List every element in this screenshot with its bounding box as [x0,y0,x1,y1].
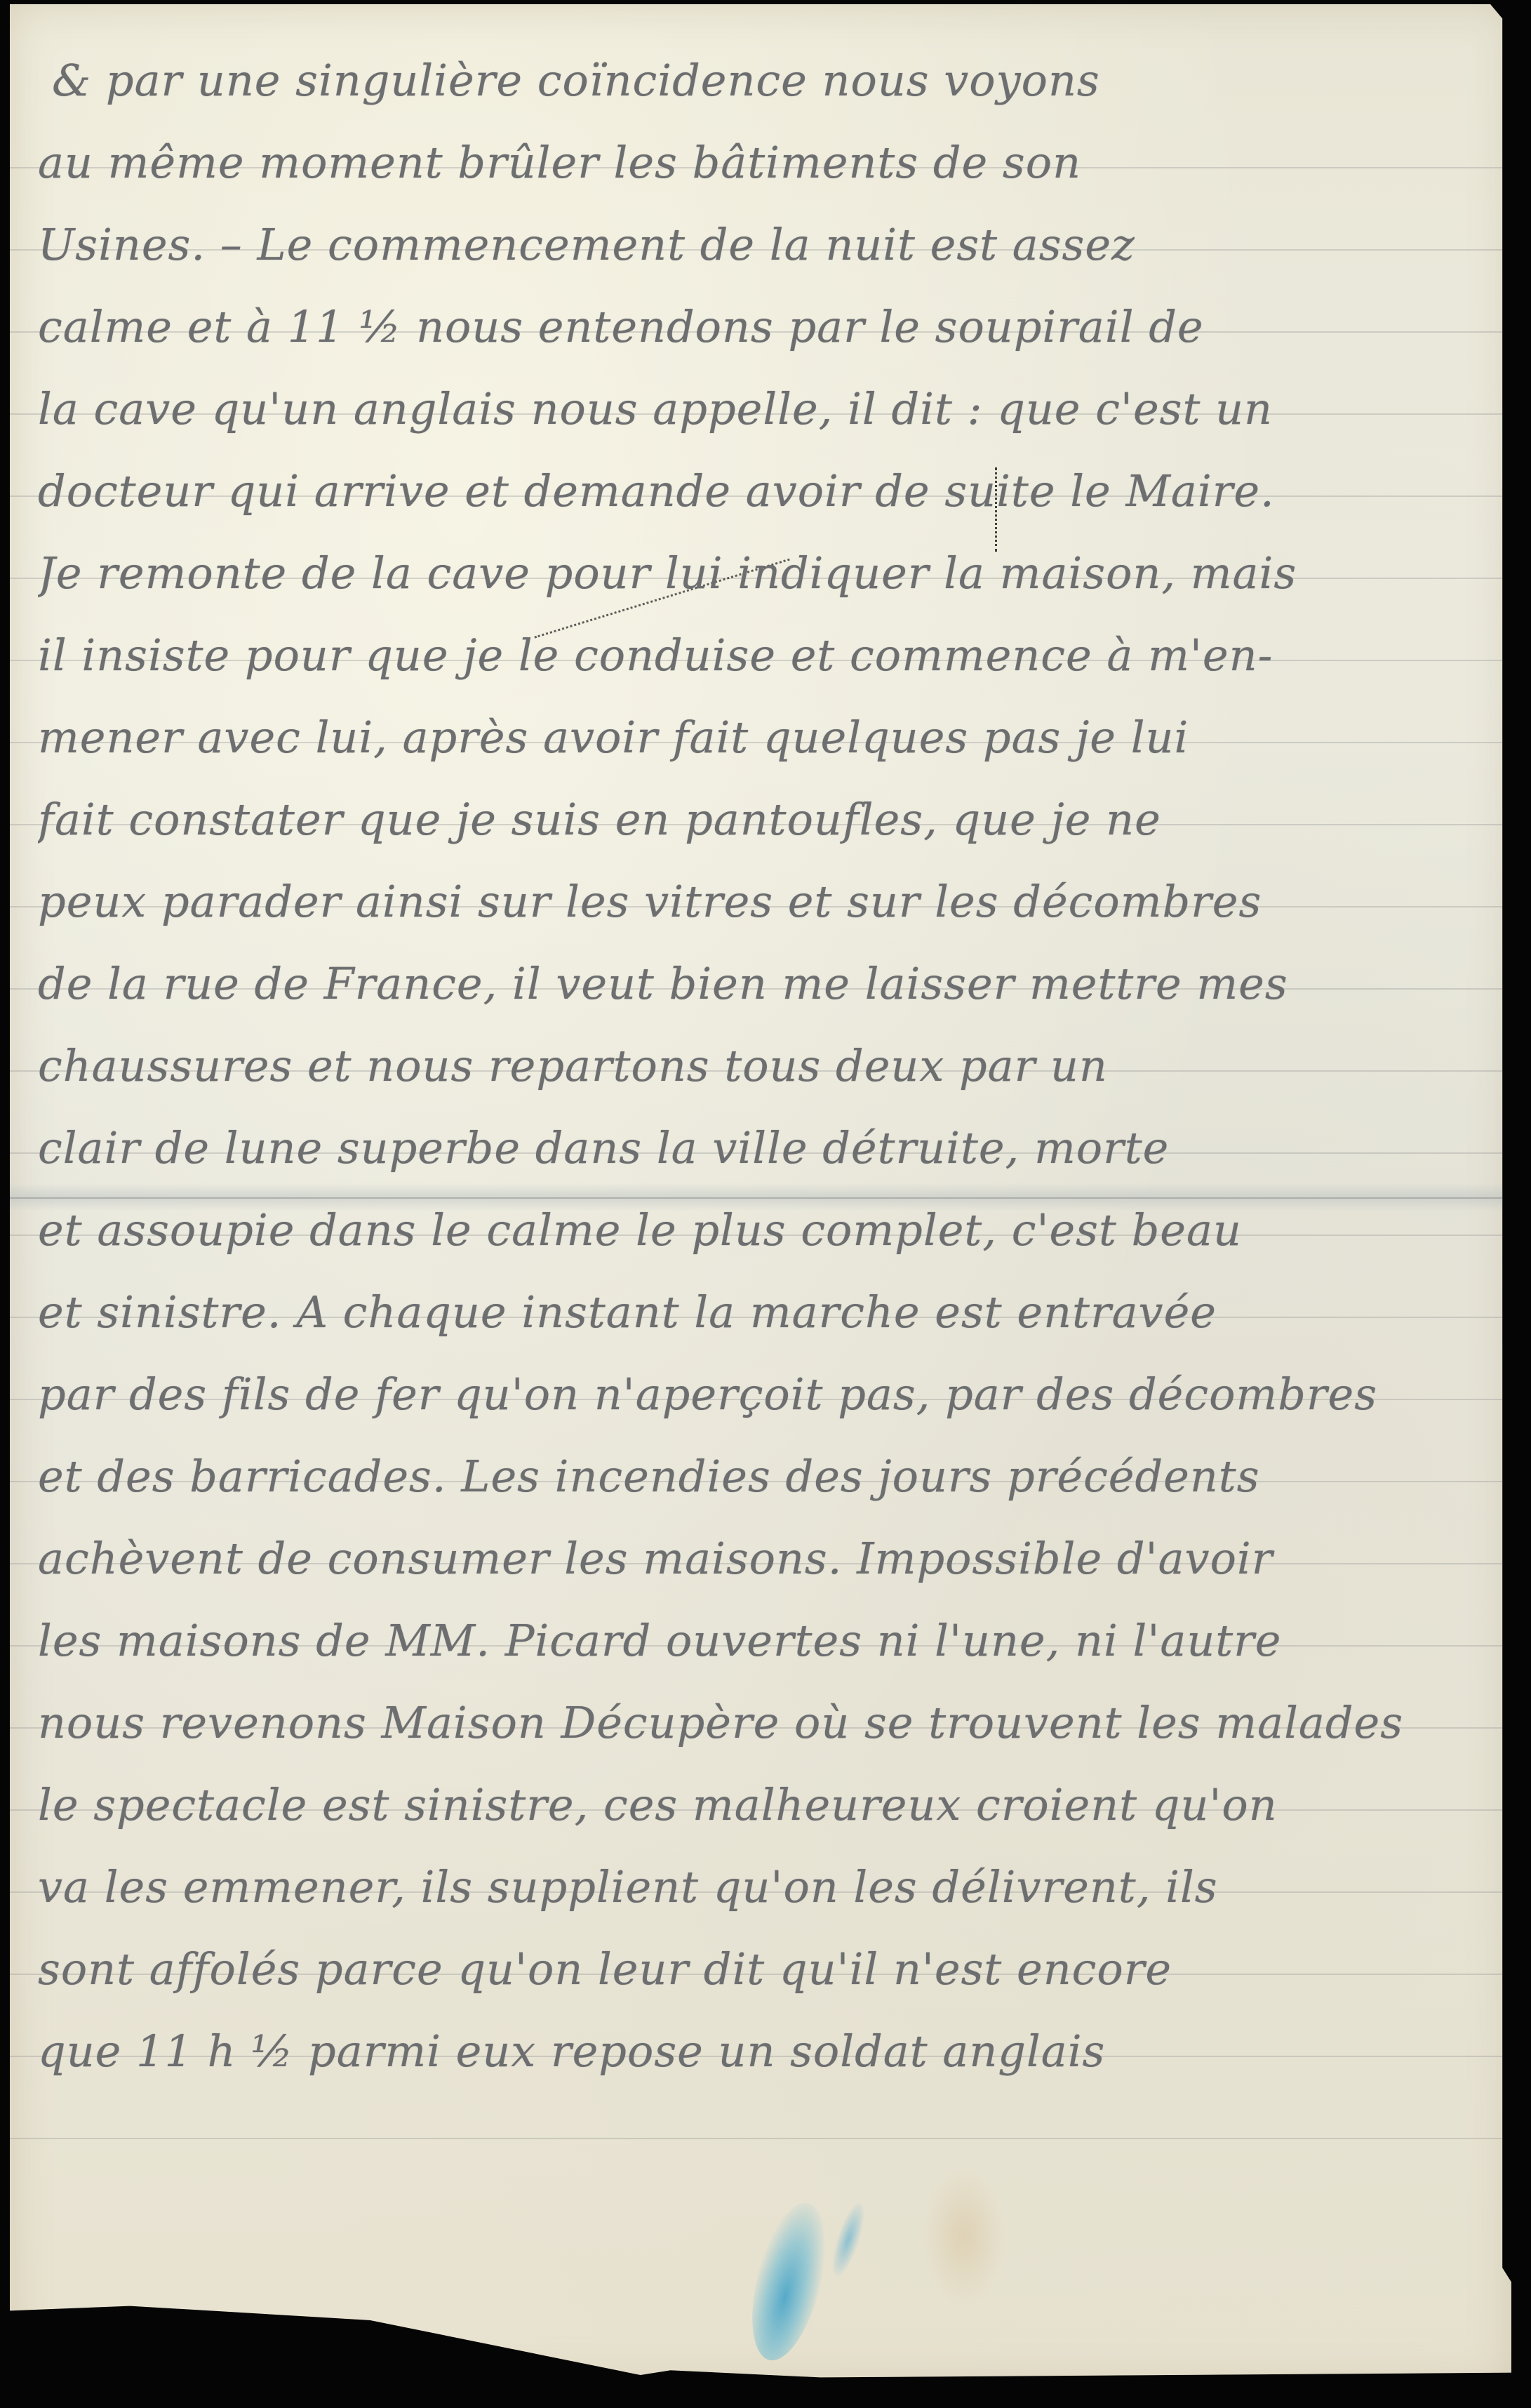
text-line: que 11 h ½ parmi eux repose un soldat an… [38,2010,1497,2092]
text-line: la cave qu'un anglais nous appelle, il d… [38,368,1497,450]
text-line: fait constater que je suis en pantoufles… [38,778,1497,860]
ruled-line [10,2138,1511,2139]
text-line: et des barricades. Les incendies des jou… [38,1435,1497,1517]
letter-page: & par une singulière coïncidence nous vo… [10,4,1511,2387]
text-line: le spectacle est sinistre, ces malheureu… [38,1764,1497,1846]
foxing-stain [922,2166,1006,2306]
text-line: va les emmener, ils supplient qu'on les … [38,1846,1497,1928]
text-line: et sinistre. A chaque instant la marche … [38,1271,1497,1353]
text-line: Je remonte de la cave pour lui indiquer … [38,532,1497,614]
text-line: clair de lune superbe dans la ville détr… [38,1107,1497,1189]
text-line: achèvent de consumer les maisons. Imposs… [38,1517,1497,1599]
handwritten-text: & par une singulière coïncidence nous vo… [38,39,1497,2092]
text-line: il insiste pour que je le conduise et co… [38,614,1497,696]
text-line: mener avec lui, après avoir fait quelque… [38,696,1497,778]
text-line: au même moment brûler les bâtiments de s… [38,121,1497,204]
blue-ink-stain [827,2200,871,2280]
text-line: Usines. – Le commencement de la nuit est… [38,204,1497,286]
text-line: calme et à 11 ½ nous entendons par le so… [38,286,1497,368]
text-line: nous revenons Maison Décupère où se trou… [38,1682,1497,1764]
text-line: & par une singulière coïncidence nous vo… [38,39,1497,121]
text-line: les maisons de MM. Picard ouvertes ni l'… [38,1599,1497,1682]
text-line: docteur qui arrive et demande avoir de s… [38,450,1497,532]
text-line: peux parader ainsi sur les vitres et sur… [38,860,1497,943]
text-line: de la rue de France, il veut bien me lai… [38,943,1497,1025]
text-line: chaussures et nous repartons tous deux p… [38,1025,1497,1107]
text-line: sont affolés parce qu'on leur dit qu'il … [38,1928,1497,2010]
text-line: et assoupie dans le calme le plus comple… [38,1189,1497,1271]
blue-ink-stain [739,2196,839,2368]
text-line: par des fils de fer qu'on n'aperçoit pas… [38,1353,1497,1435]
